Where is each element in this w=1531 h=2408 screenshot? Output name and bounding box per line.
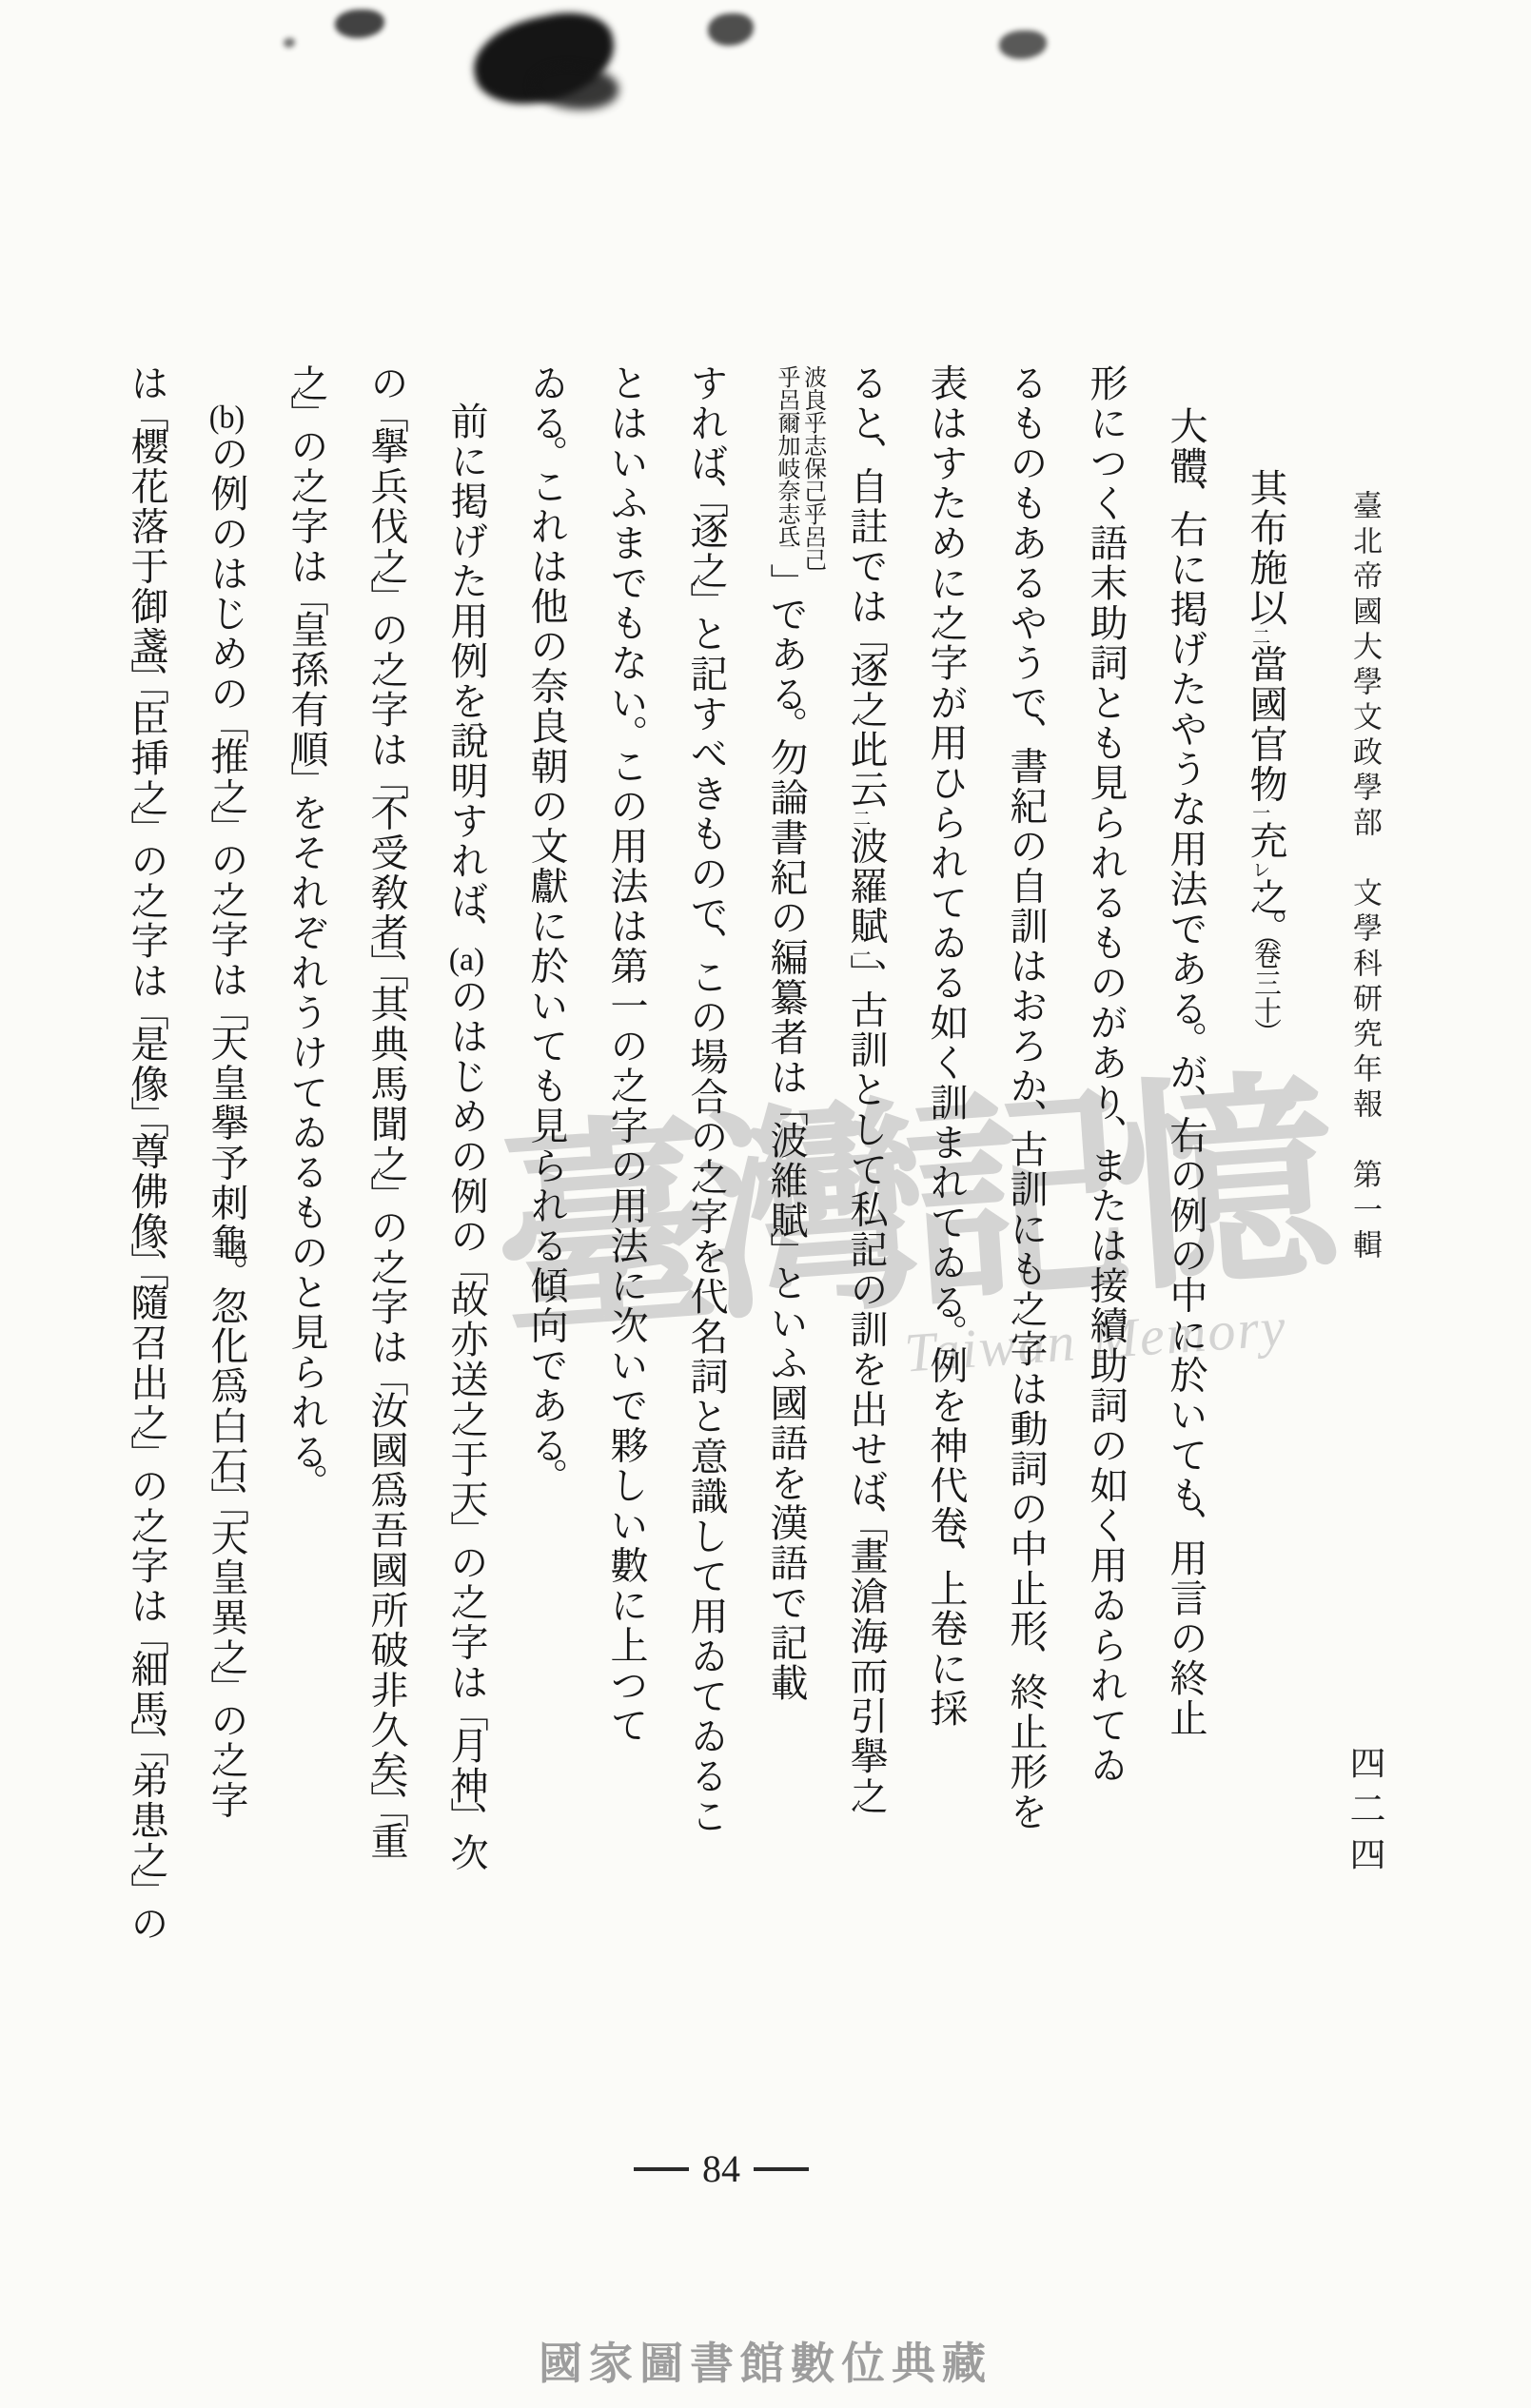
emphasised-char: 之 (365, 650, 408, 690)
kaeriten-mark: 二 (819, 809, 899, 827)
text-column: 表はすために之字が用ひられてゐる如く訓まれてゐる。例を神代卷、上卷に採 (906, 363, 986, 2171)
folio-rule-left (634, 2167, 689, 2171)
text-column: 大體、右に掲げたやうな用法である。が、右の例の中に於いても、用言の終止 (1146, 363, 1226, 2171)
emphasised-char: 之 (1005, 1289, 1048, 1329)
folio-rule-right (754, 2167, 809, 2171)
source-citation: （卷三十） (1250, 940, 1281, 1039)
emphasised-char: 之 (206, 1740, 248, 1780)
emphasised-char: 之 (285, 466, 328, 506)
example-label: (a) (449, 944, 484, 976)
text-column: (b)の例のはじめの「推之」の之字は「天皇擧予刺龜。忽化爲白石」、「天皇異之」の… (186, 363, 266, 2171)
page-number-footer: 84 (617, 2146, 826, 2191)
body-text: 其布施以二當國官物一充レ之。（卷三十）大體、右に掲げたやうな用法である。が、右の… (107, 363, 1305, 2171)
scanned-journal-page: 臺灣記憶 Taiwan Memory 臺北帝國大學文政學部 文學科研究年報 第一… (0, 0, 1531, 2408)
emphasised-char: 之 (445, 1582, 488, 1622)
ink-smudge (708, 13, 754, 46)
ink-smudge (284, 38, 295, 48)
text-column: 波良乎志保己乎呂己乎呂爾加岐奈志氐」である。勿論書紀の編纂者は「波維賦」といふ國… (746, 363, 826, 2171)
page-number-kanji: 四二四 (1338, 1744, 1390, 1934)
emphasised-char: 之 (925, 603, 968, 643)
ink-smudge (335, 10, 384, 38)
emphasised-char: 之 (685, 1157, 728, 1197)
emphasised-char: 之 (1245, 877, 1287, 917)
text-column: るものもあるやうで、書紀の自訓はおろか、古訓にも之字は動詞の中止形、終止形を (986, 363, 1066, 2171)
text-column: とはいふまでもない。この用法は第一の之字の用法に次いで夥しい數に上つて (586, 363, 666, 2171)
text-column: は「櫻花落于御盞」、「臣挿之」の之字は「是像」「尊佛像」、「隨召出之」の之字は「… (107, 363, 186, 2171)
emphasised-char: 之 (365, 1247, 408, 1287)
text-column: 前に掲げた用例を說明すれば、(a)のはじめの例の「故亦送之于天」の之字は「月神」… (426, 363, 506, 2171)
example-label: (b) (209, 401, 245, 434)
emphasised-char: 之 (605, 1066, 648, 1106)
ink-smudge (999, 30, 1047, 59)
text-column: ると、自註では「逐之此云二波羅賦一」、古訓として私記の訓を出せば、「畫滄海而引擧… (826, 363, 906, 2171)
interlinear-gloss: 波良乎志保己乎呂己乎呂爾加岐奈志氐 (772, 365, 824, 571)
text-column: 其布施以二當國官物一充レ之。（卷三十） (1226, 363, 1305, 2171)
text-column: の「擧兵伐之」の之字は「不受敎者」、「其典馬聞之」の之字は「汝國爲吾國所破非久矣… (346, 363, 426, 2171)
text-column: 形につく語末助詞とも見られるものがあり、または接續助詞の如く用ゐられてゐ (1066, 363, 1146, 2171)
emphasised-char: 之 (126, 881, 168, 921)
emphasised-char: 之 (126, 1506, 168, 1546)
page-number-arabic: 84 (702, 2146, 740, 2191)
text-column: ゐる。これは他の奈良朝の文獻に於いても見られる傾向である。 (506, 363, 586, 2171)
running-head: 臺北帝國大學文政學部 文學科研究年報 第一輯 (1344, 490, 1386, 1346)
kaeriten-mark: 二 (1219, 627, 1299, 645)
ink-smudge (530, 61, 620, 115)
emphasised-char: 之 (206, 880, 248, 920)
text-column: すれば、「逐之」と記すべきもので、この場合の之字を代名詞と意識して用ゐてゐるこ (666, 363, 746, 2171)
text-column: 之」の之字は「皇孫有順」をそれぞれうけてゐるものと見られる。 (266, 363, 346, 2171)
kaeriten-mark: 一 (819, 945, 899, 963)
kaeriten-mark: レ (1219, 860, 1299, 878)
kaeriten-mark: 一 (1219, 803, 1299, 821)
library-footer: 國家圖書館數位典藏 (0, 2329, 1531, 2392)
